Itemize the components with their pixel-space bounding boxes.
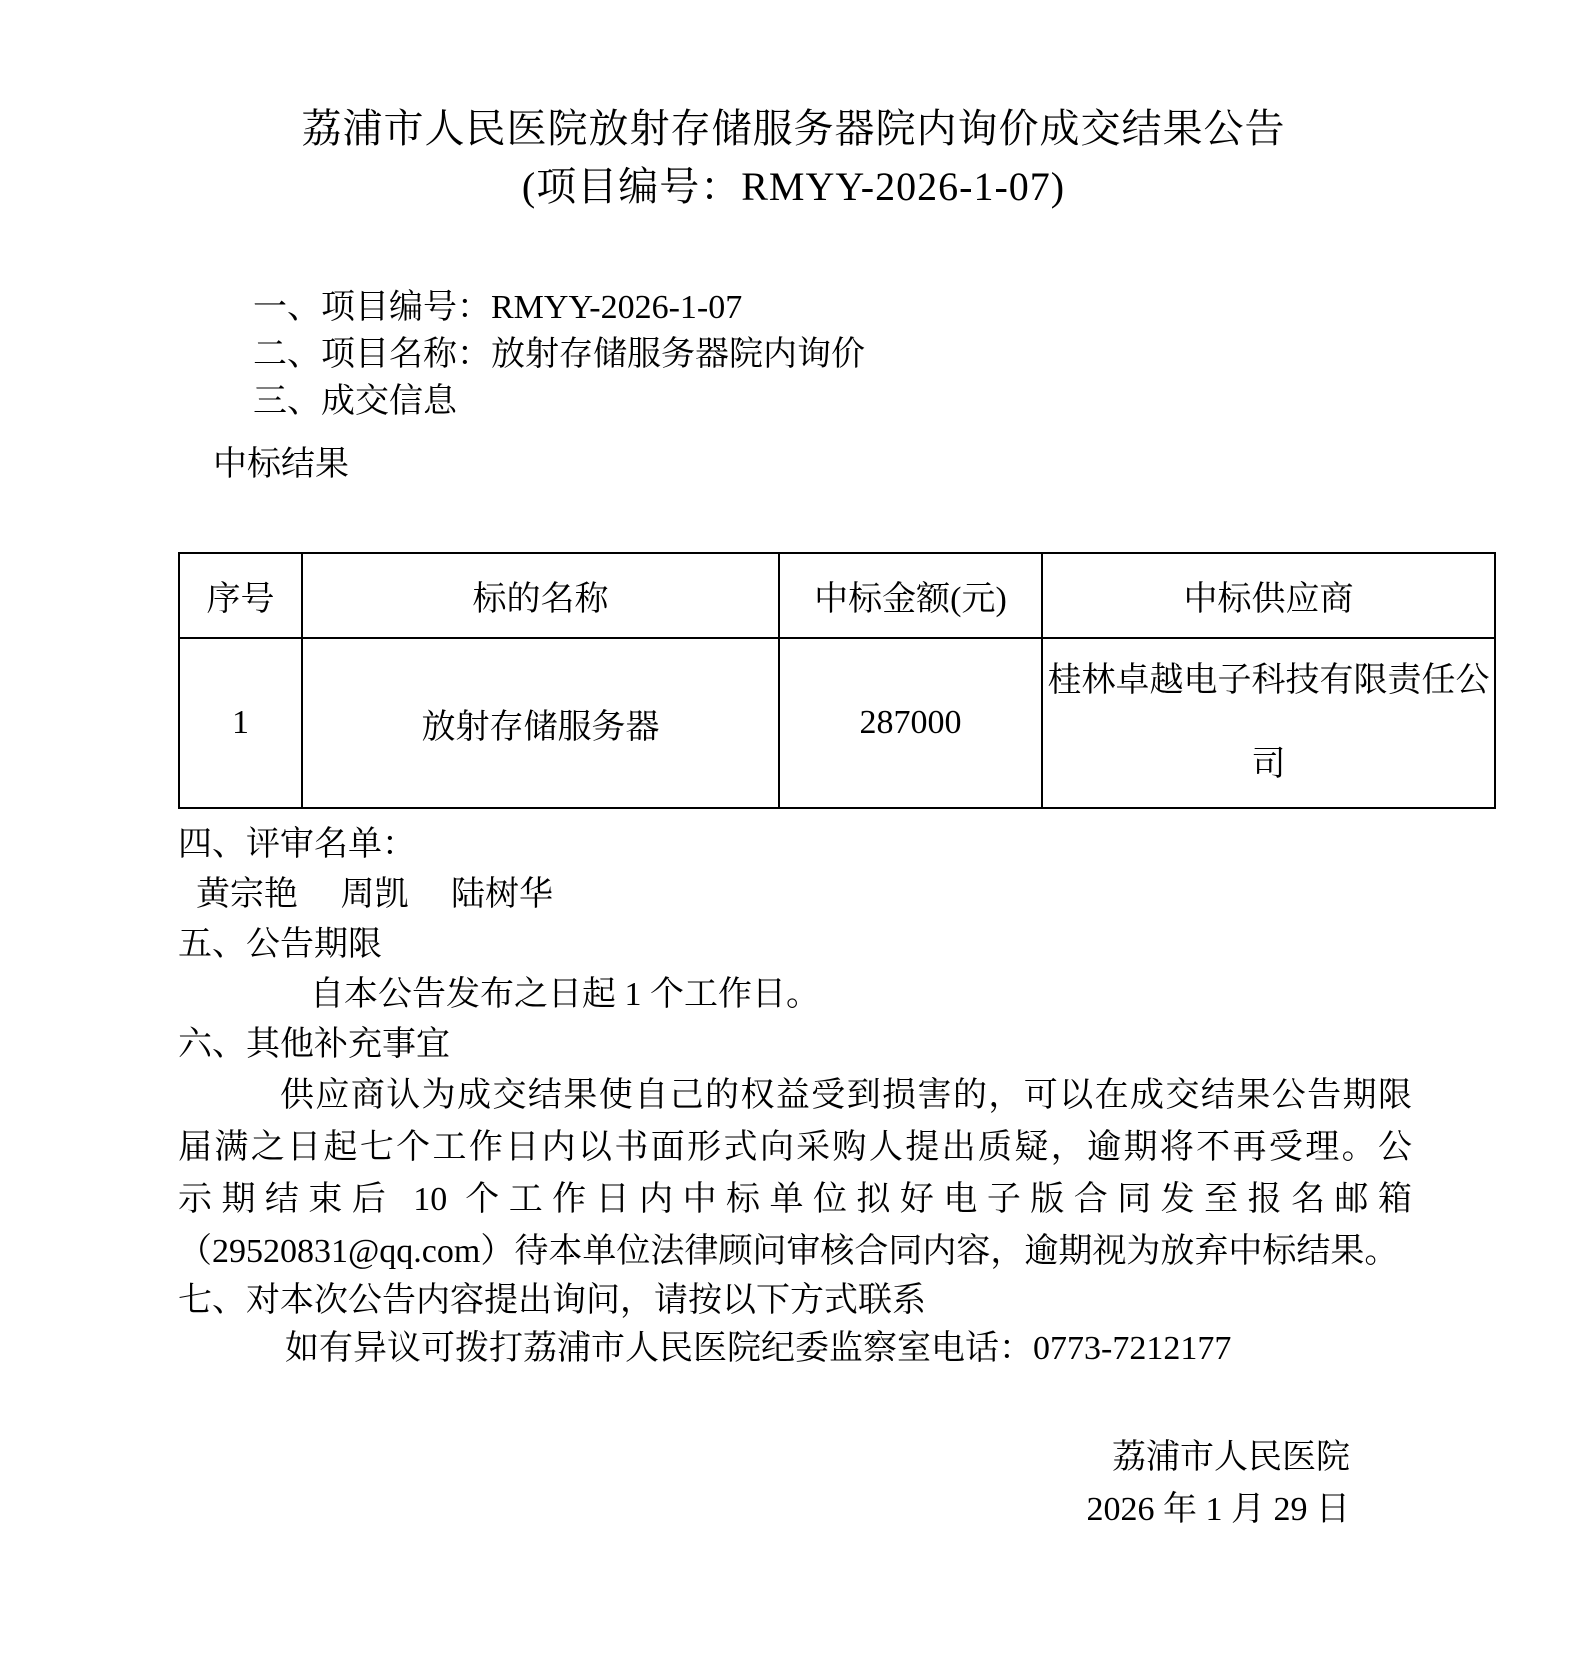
cell-seq: 1 [179,638,302,808]
issuing-organization: 荔浦市人民医院 [178,1432,1350,1484]
header-seq: 序号 [179,553,302,638]
cell-subject-name: 放射存储服务器 [302,638,779,808]
header-award-supplier: 中标供应商 [1042,553,1495,638]
item-announcement-period: 五、公告期限 [178,920,1412,970]
item-inquiry-contact: 七、对本次公告内容提出询问，请按以下方式联系 [178,1278,1412,1324]
numbered-items: 一、项目编号：RMYY-2026-1-07 二、项目名称：放射存储服务器院内询价… [178,284,1412,425]
item-review-list: 四、评审名单： [178,820,1412,870]
item-project-number: 一、项目编号：RMYY-2026-1-07 [178,284,1412,331]
cell-award-supplier: 桂林卓越电子科技有限责任公司 [1042,638,1495,808]
result-label: 中标结果 [178,441,1412,488]
cell-award-amount: 287000 [779,638,1042,808]
paragraph-line-3: 示期结束后 10 个工作日内中标单位拟好电子版合同发至报名邮箱 [178,1174,1412,1226]
doc-title-line-2: (项目编号：RMYY-2026-1-07) [0,158,1587,216]
paragraph-line-2: 届满之日起七个工作日内以书面形式向采购人提出质疑，逾期将不再受理。公 [178,1122,1412,1174]
contact-phone-text: 如有异议可拨打荔浦市人民医院纪委监察室电话：0773-7212177 [178,1324,1412,1374]
announcement-period-text: 自本公告发布之日起 1 个工作日。 [178,970,1412,1020]
award-result-table: 序号 标的名称 中标金额(元) 中标供应商 1 放射存储服务器 287000 桂… [178,552,1496,809]
paragraph-line-1: 供应商认为成交结果使自己的权益受到损害的，可以在成交结果公告期限 [178,1070,1412,1122]
item-deal-info: 三、成交信息 [178,378,1412,425]
doc-title-line-1: 荔浦市人民医院放射存储服务器院内询价成交结果公告 [0,100,1587,158]
item-other-matters: 六、其他补充事宜 [178,1020,1412,1070]
announcement-page: 荔浦市人民医院放射存储服务器院内询价成交结果公告 (项目编号：RMYY-2026… [0,0,1587,1680]
doc-title: 荔浦市人民医院放射存储服务器院内询价成交结果公告 (项目编号：RMYY-2026… [0,0,1587,216]
reviewer-names: 黄宗艳 周凯 陆树华 [178,870,1412,920]
other-matters-paragraph: 供应商认为成交结果使自己的权益受到损害的，可以在成交结果公告期限 届满之日起七个… [178,1070,1412,1278]
table-header-row: 序号 标的名称 中标金额(元) 中标供应商 [179,553,1495,638]
header-subject-name: 标的名称 [302,553,779,638]
issue-date: 2026 年 1 月 29 日 [178,1484,1350,1536]
doc-body: 一、项目编号：RMYY-2026-1-07 二、项目名称：放射存储服务器院内询价… [0,284,1587,1536]
signature-block: 荔浦市人民医院 2026 年 1 月 29 日 [178,1432,1412,1536]
table-row: 1 放射存储服务器 287000 桂林卓越电子科技有限责任公司 [179,638,1495,808]
paragraph-line-4: （29520831@qq.com）待本单位法律顾问审核合同内容，逾期视为放弃中标… [178,1226,1412,1278]
item-project-name: 二、项目名称：放射存储服务器院内询价 [178,331,1412,378]
header-award-amount: 中标金额(元) [779,553,1042,638]
